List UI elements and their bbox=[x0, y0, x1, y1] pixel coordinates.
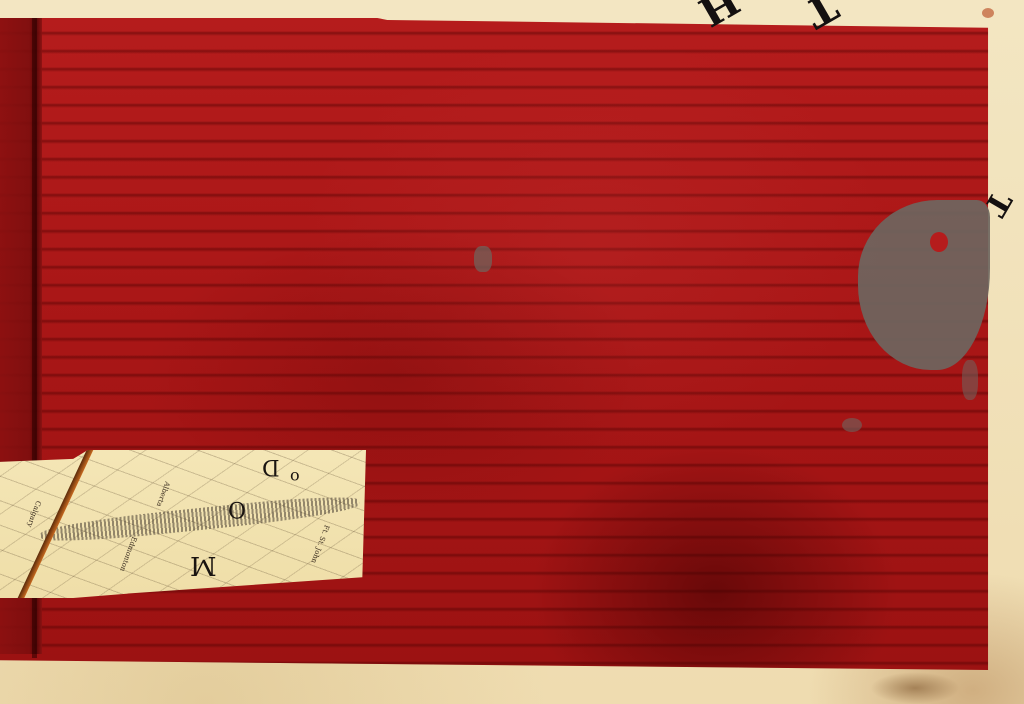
bottom-fray-stain bbox=[870, 672, 960, 704]
map-letter-small-o: o bbox=[290, 468, 300, 487]
map-letter-m: M bbox=[190, 550, 217, 580]
corner-stain-mark bbox=[982, 8, 994, 18]
map-letter-d: D bbox=[262, 454, 280, 479]
map-place-label: Edmonton bbox=[118, 535, 138, 572]
map-fragment-label: D O M o Ft. St. John Alberta Edmonton Ca… bbox=[0, 450, 366, 598]
map-mountain-ridge bbox=[40, 491, 361, 546]
map-place-label: Alberta bbox=[155, 480, 171, 507]
map-place-label: Calgary bbox=[25, 500, 42, 529]
stain-hole bbox=[930, 232, 948, 252]
gray-stain-dot bbox=[842, 418, 862, 432]
map-place-label: Ft. St. John bbox=[309, 524, 330, 565]
gray-stain-edge bbox=[962, 360, 978, 400]
gray-stain-large bbox=[858, 200, 990, 370]
gray-stain-small bbox=[474, 246, 492, 272]
map-letter-o: O bbox=[228, 496, 246, 521]
